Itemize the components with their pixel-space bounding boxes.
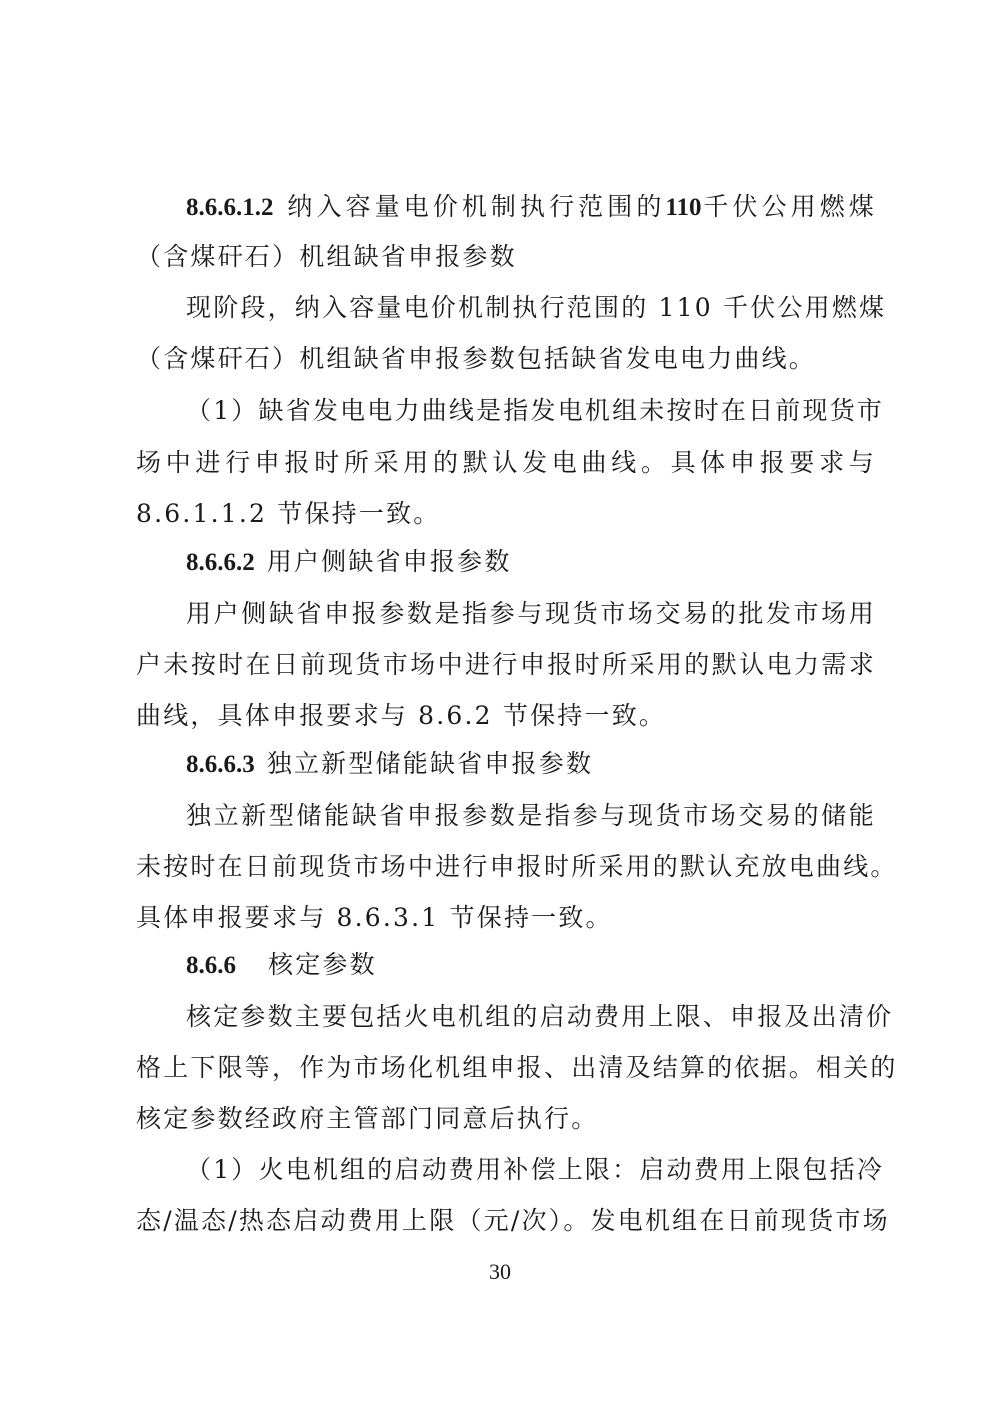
heading-title: 独立新型储能缺省申报参数: [267, 749, 593, 778]
section-heading-8-6-6-1-2: 8.6.6.1.2纳入容量电价机制执行范围的110千伏公用燃煤: [186, 190, 876, 225]
paragraph-line: 8.6.1.1.2 节保持一致。: [136, 497, 876, 531]
page-number: 30: [0, 1258, 1000, 1286]
paragraph-line: 现阶段，纳入容量电价机制执行范围的 110 千伏公用燃煤: [186, 291, 876, 325]
heading-title: 核定参数: [268, 950, 377, 979]
section-heading-8-6-6-2: 8.6.6.2用户侧缺省申报参数: [186, 545, 876, 580]
paragraph-line: 核定参数主要包括火电机组的启动费用上限、申报及出清价: [186, 1000, 876, 1034]
paragraph-line: （1）缺省发电电力曲线是指发电机组未按时在日前现货市: [186, 394, 876, 428]
heading-number: 8.6.6.1.2: [186, 194, 274, 221]
paragraph-line: 未按时在日前现货市场中进行申报时所采用的默认充放电曲线。: [136, 850, 876, 884]
paragraph-line: 具体申报要求与 8.6.3.1 节保持一致。: [136, 901, 876, 935]
heading-number: 8.6.6.3: [186, 751, 255, 778]
section-heading-8-6-6-3: 8.6.6.3独立新型储能缺省申报参数: [186, 747, 876, 782]
paragraph-line: 态/温态/热态启动费用上限（元/次）。发电机组在日前现货市场: [136, 1204, 876, 1238]
heading-number: 8.6.6.2: [186, 549, 255, 576]
paragraph-line: 格上下限等，作为市场化机组申报、出清及结算的依据。相关的: [136, 1051, 876, 1085]
paragraph-line: 核定参数经政府主管部门同意后执行。: [136, 1102, 876, 1136]
section-heading-8-6-6: 8.6.6核定参数: [186, 948, 876, 983]
document-page: 8.6.6.1.2纳入容量电价机制执行范围的110千伏公用燃煤 （含煤矸石）机组…: [0, 0, 1000, 1414]
heading-number: 8.6.6: [186, 952, 236, 979]
bold-number: 110: [665, 194, 701, 221]
paragraph-line: （含煤矸石）机组缺省申报参数包括缺省发电电力曲线。: [136, 342, 876, 376]
paragraph-line: 场中进行申报时所采用的默认发电曲线。具体申报要求与: [136, 446, 876, 480]
paragraph-line: （1）火电机组的启动费用补偿上限：启动费用上限包括冷: [186, 1153, 876, 1187]
paragraph-line: 户未按时在日前现货市场中进行申报时所采用的默认电力需求: [136, 648, 876, 682]
section-heading-continuation: （含煤矸石）机组缺省申报参数: [136, 240, 876, 274]
heading-title: 用户侧缺省申报参数: [267, 547, 512, 576]
paragraph-line: 曲线，具体申报要求与 8.6.2 节保持一致。: [136, 699, 876, 733]
paragraph-line: 独立新型储能缺省申报参数是指参与现货市场交易的储能: [186, 799, 876, 833]
paragraph-line: 用户侧缺省申报参数是指参与现货市场交易的批发市场用: [186, 597, 876, 631]
